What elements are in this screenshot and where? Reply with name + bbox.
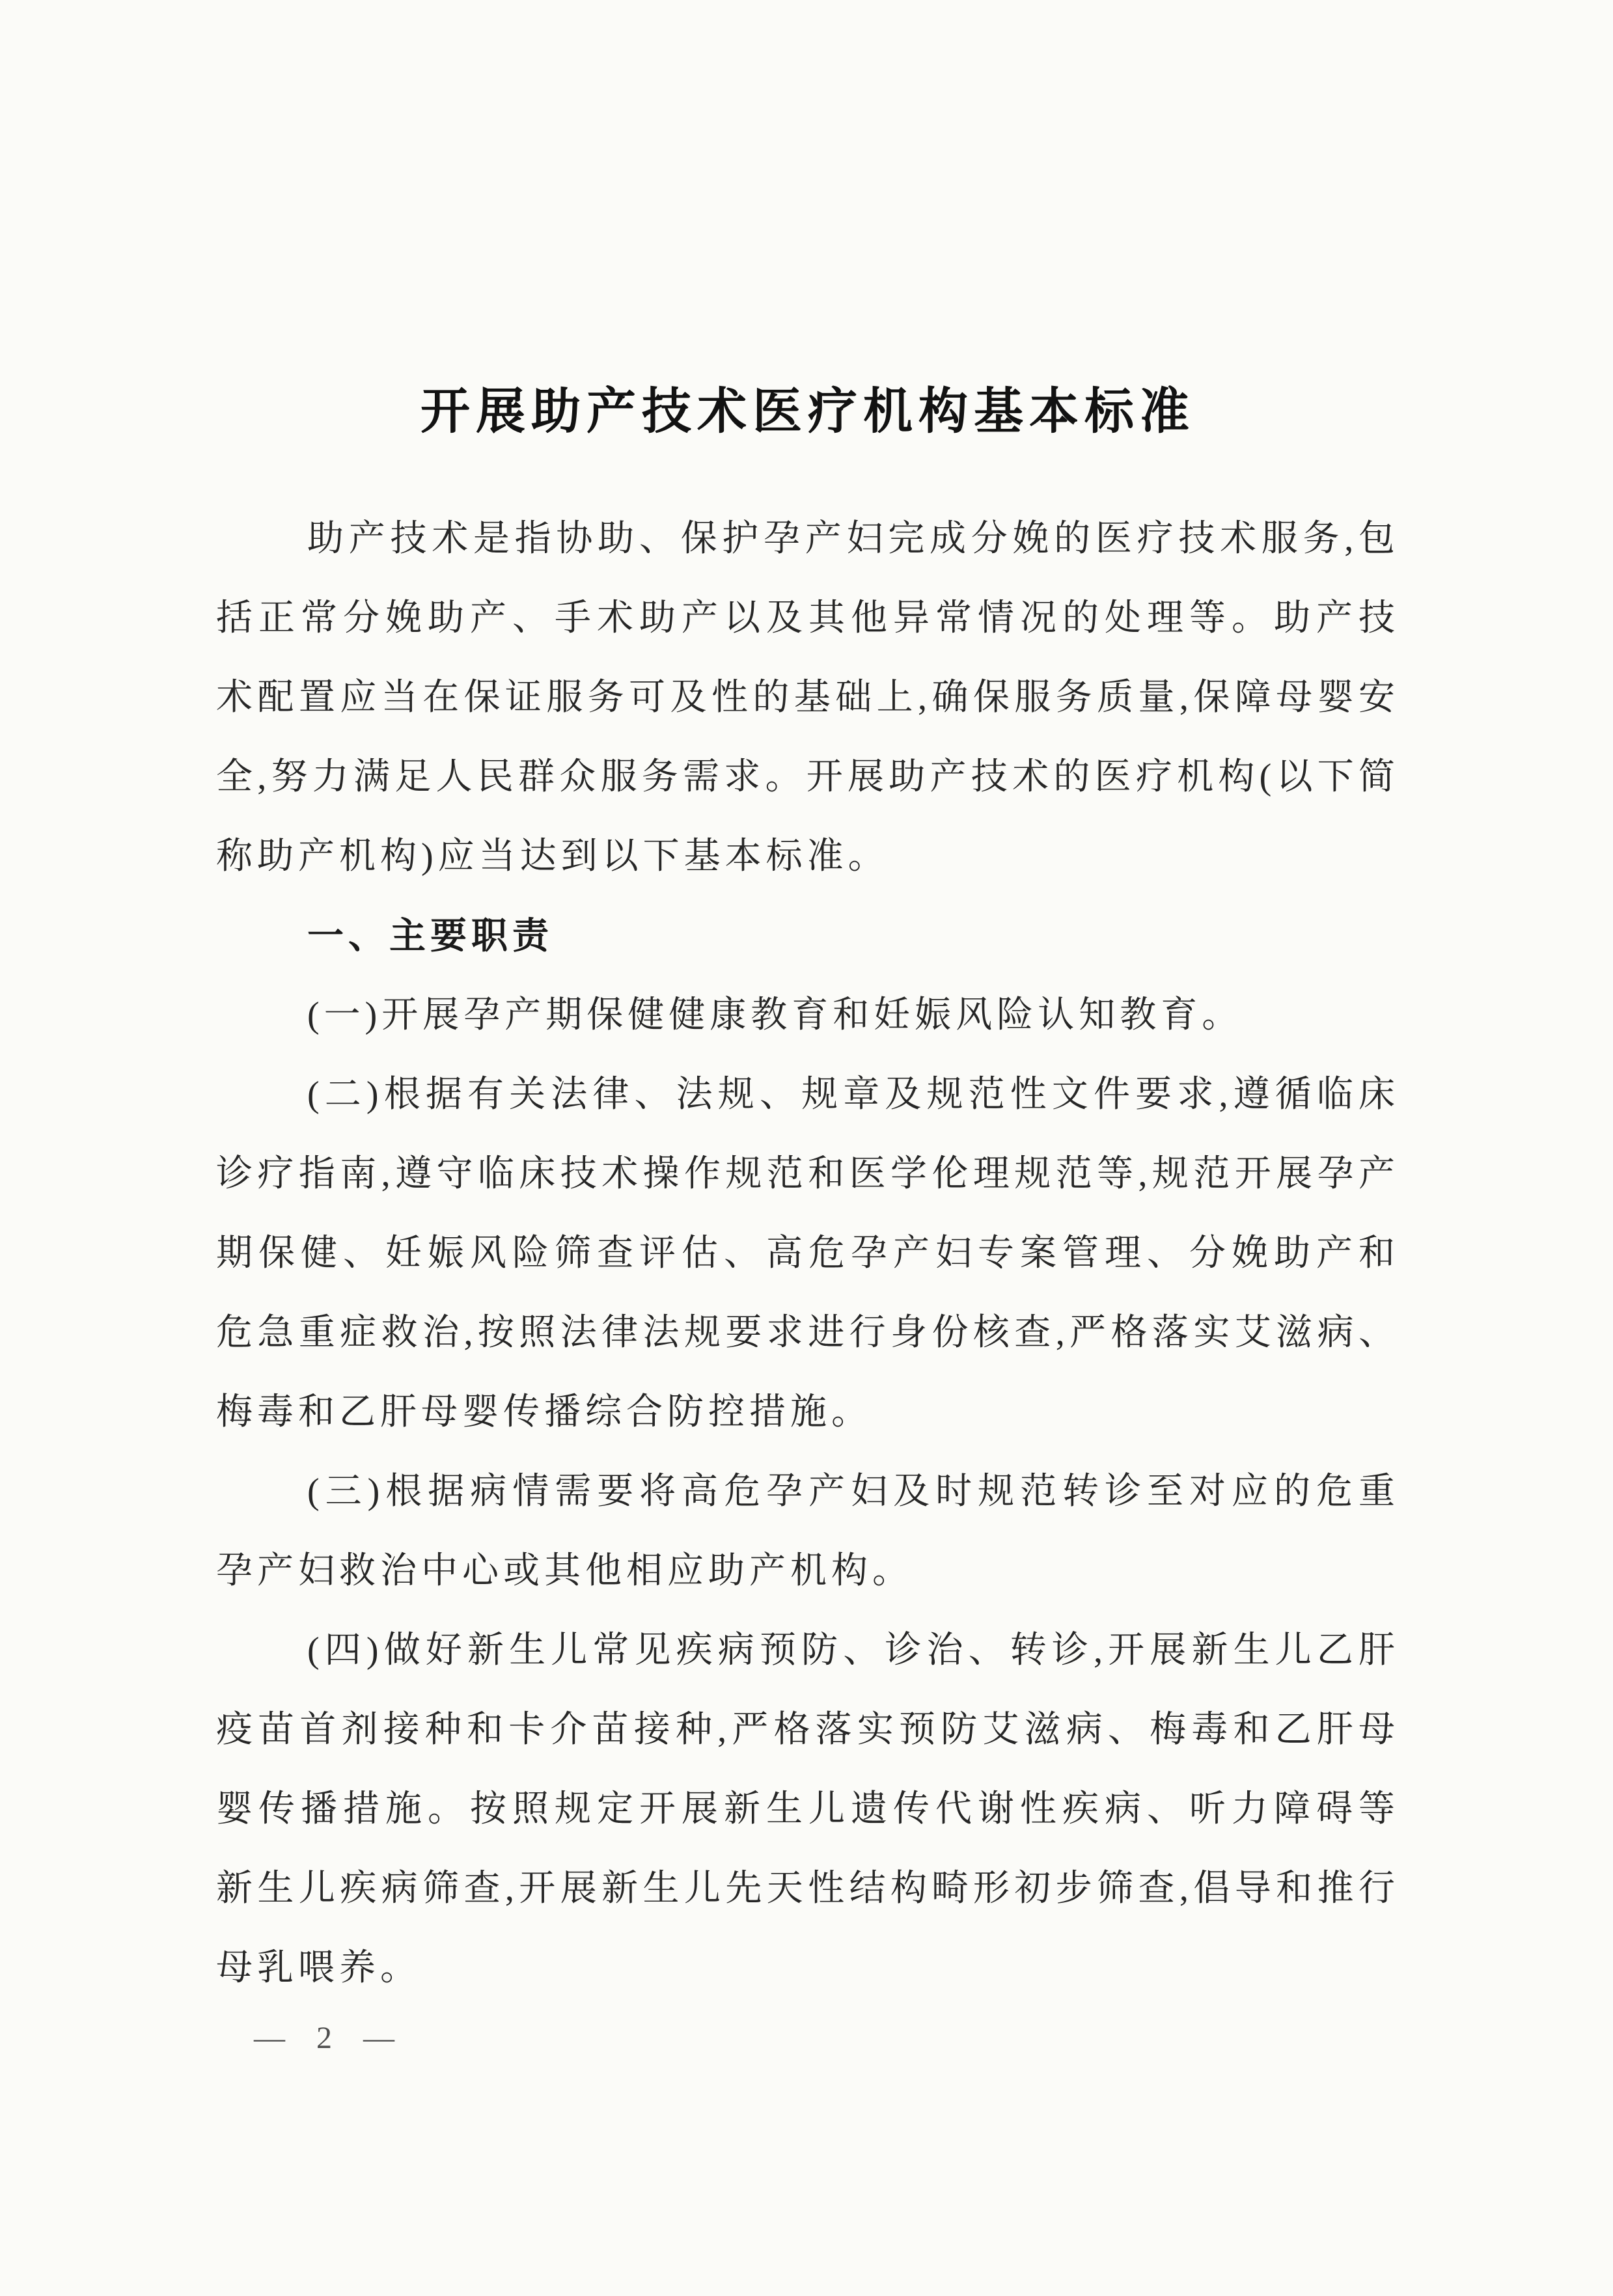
duty-item-1: (一)开展孕产期保健健康教育和妊娠风险认知教育。 (216, 976, 1399, 1055)
duty-item-2: (二)根据有关法律、法规、规章及规范性文件要求,遵循临床诊疗指南,遵守临床技术操… (216, 1055, 1399, 1452)
intro-paragraph: 助产技术是指协助、保护孕产妇完成分娩的医疗技术服务,包括正常分娩助产、手术助产以… (216, 499, 1399, 896)
duty-item-4: (四)做好新生儿常见疾病预防、诊治、转诊,开展新生儿乙肝疫苗首剂接种和卡介苗接种… (216, 1611, 1399, 2008)
duty-item-3: (三)根据病情需要将高危孕产妇及时规范转诊至对应的危重孕产妇救治中心或其他相应助… (216, 1452, 1399, 1611)
page-number: — 2 — (254, 2020, 397, 2057)
section-heading-main-duties: 一、主要职责 (216, 896, 1399, 976)
document-content: 开展助产技术医疗机构基本标准 助产技术是指协助、保护孕产妇完成分娩的医疗技术服务… (0, 0, 1613, 2008)
document-page: 开展助产技术医疗机构基本标准 助产技术是指协助、保护孕产妇完成分娩的医疗技术服务… (0, 0, 1613, 2296)
page-title: 开展助产技术医疗机构基本标准 (216, 387, 1399, 437)
